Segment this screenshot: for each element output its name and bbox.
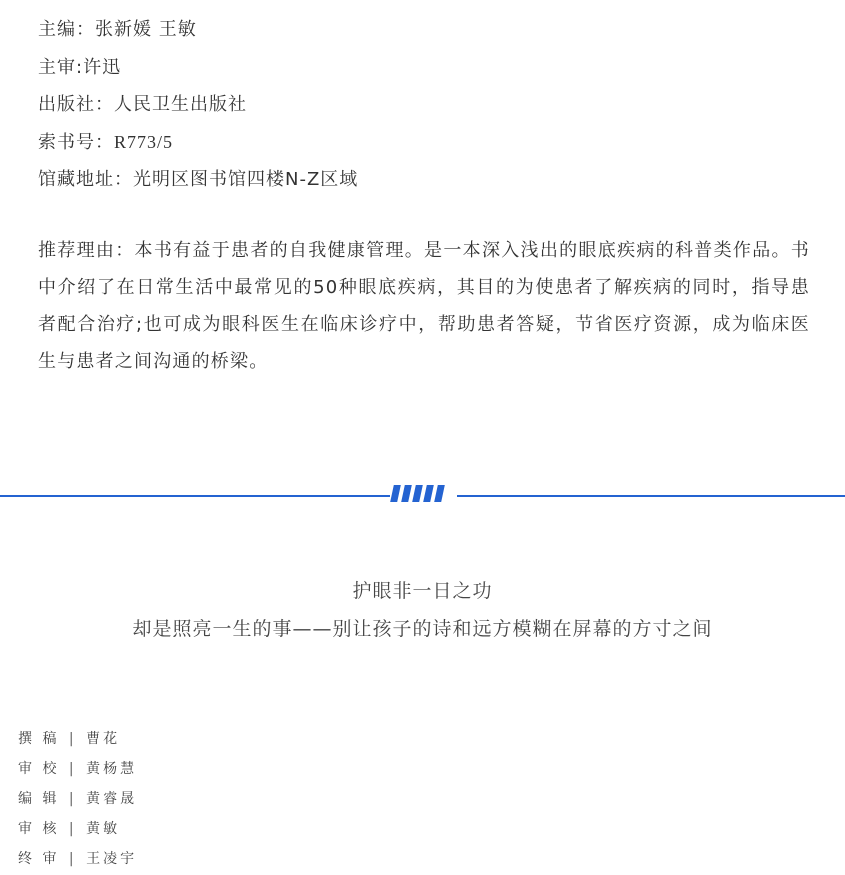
reviewer-value: 许迅 — [83, 57, 121, 78]
credit-role: 撰 稿 — [18, 731, 59, 747]
location-label: 馆藏地址： — [38, 169, 133, 190]
credit-name: 曹花 — [86, 731, 120, 747]
credit-reviewer: 审 核 | 黄敏 — [18, 814, 137, 844]
reviewer-label: 主审: — [38, 57, 83, 78]
book-info: 主编：张新媛 王敏 主审:许迅 出版社：人民卫生出版社 索书号：R773/5 馆… — [38, 11, 358, 199]
divider-line-left — [0, 495, 390, 497]
credit-writer: 撰 稿 | 曹花 — [18, 724, 137, 754]
section-divider — [0, 485, 845, 507]
reviewer-row: 主审:许迅 — [38, 49, 358, 87]
location-row: 馆藏地址：光明区图书馆四楼N-Z区域 — [38, 161, 358, 199]
credit-role: 终 审 — [18, 851, 59, 867]
divider-line-right — [457, 495, 845, 497]
credit-role: 审 核 — [18, 821, 59, 837]
credit-name: 王凌宇 — [86, 851, 137, 867]
credit-role: 审 校 — [18, 761, 59, 777]
editor-value: 张新媛 王敏 — [95, 19, 197, 40]
publisher-row: 出版社：人民卫生出版社 — [38, 86, 358, 124]
credit-final-reviewer: 终 审 | 王凌宇 — [18, 844, 137, 874]
credit-role: 编 辑 — [18, 791, 59, 807]
slogan-line-1: 护眼非一日之功 — [0, 576, 845, 603]
credit-separator: | — [69, 821, 77, 837]
credit-name: 黄敏 — [86, 821, 120, 837]
credit-separator: | — [69, 731, 77, 747]
call-number-label: 索书号： — [38, 132, 114, 153]
slogan-line-2: 却是照亮一生的事——别让孩子的诗和远方模糊在屏幕的方寸之间 — [0, 614, 845, 641]
credits: 撰 稿 | 曹花 审 校 | 黄杨慧 编 辑 | 黄睿晟 审 核 | 黄敏 终 … — [18, 724, 137, 874]
credit-separator: | — [69, 761, 77, 777]
credit-separator: | — [69, 791, 77, 807]
publisher-value: 人民卫生出版社 — [114, 94, 247, 115]
editor-label: 主编： — [38, 19, 95, 40]
location-value: 光明区图书馆四楼N-Z区域 — [133, 169, 358, 190]
publisher-label: 出版社： — [38, 94, 114, 115]
credit-name: 黄睿晟 — [86, 791, 137, 807]
credit-proofreader: 审 校 | 黄杨慧 — [18, 754, 137, 784]
credit-name: 黄杨慧 — [86, 761, 137, 777]
call-number-value: R773/5 — [114, 132, 173, 152]
editor-row: 主编：张新媛 王敏 — [38, 11, 358, 49]
credit-separator: | — [69, 851, 77, 867]
call-number-row: 索书号：R773/5 — [38, 124, 358, 162]
credit-editor: 编 辑 | 黄睿晟 — [18, 784, 137, 814]
divider-stripes-icon — [390, 485, 446, 507]
recommendation-paragraph: 推荐理由：本书有益于患者的自我健康管理。是一本深入浅出的眼底疾病的科普类作品。书… — [38, 232, 810, 380]
